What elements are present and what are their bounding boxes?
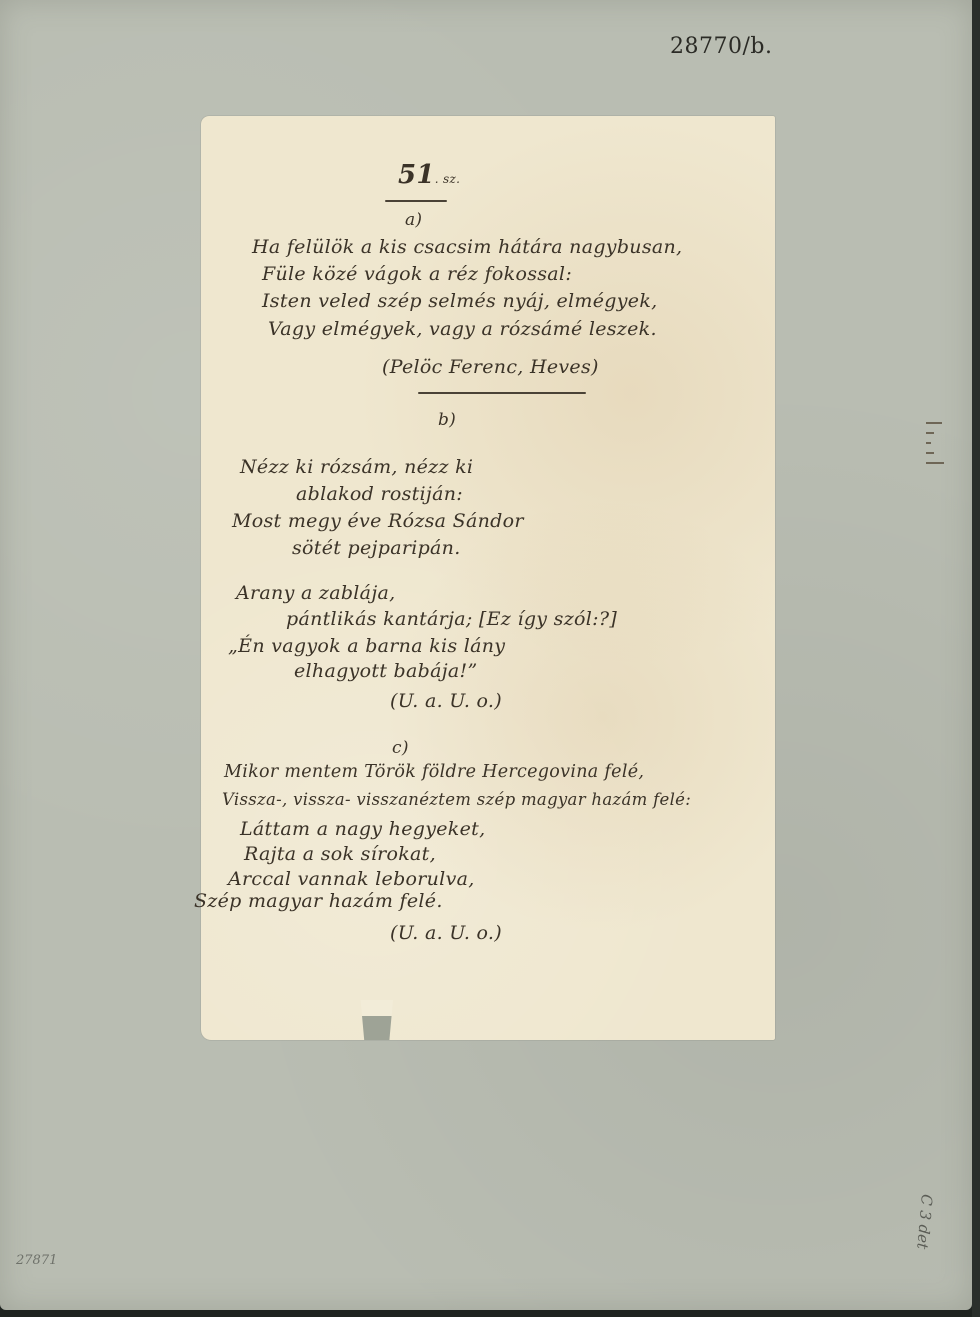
song-number: 51. sz. bbox=[398, 160, 460, 190]
heading-underline bbox=[385, 200, 447, 202]
section-c-line-2: Vissza-, vissza- visszanéztem szép magya… bbox=[222, 790, 691, 809]
section-b-line-2: ablakod rostiján: bbox=[296, 483, 463, 505]
section-b-line-5: Arany a zablája, bbox=[236, 582, 395, 604]
section-c-line-3: Láttam a nagy hegyeket, bbox=[240, 818, 485, 840]
song-number-value: 51 bbox=[398, 160, 435, 190]
section-a-label: a) bbox=[405, 210, 422, 230]
section-c-line-1: Mikor mentem Török földre Hercegovina fe… bbox=[224, 762, 644, 782]
archival-mount-board: 28770/b. 51. sz. a) Ha felülök a kis csa… bbox=[0, 0, 972, 1310]
section-c-line-6: Szép magyar hazám felé. bbox=[194, 890, 443, 912]
section-b-line-3: Most megy éve Rózsa Sándor bbox=[232, 510, 524, 532]
section-a-line-2: Füle közé vágok a réz fokossal: bbox=[262, 263, 572, 285]
section-a-source: (Pelöc Ferenc, Heves) bbox=[382, 356, 599, 378]
section-a-line-3: Isten veled szép selmés nyáj, elmégyek, bbox=[262, 290, 658, 312]
section-a-line-4: Vagy elmégyek, vagy a rózsámé leszek. bbox=[268, 318, 657, 340]
section-b-source: (U. a. U. o.) bbox=[390, 690, 502, 712]
song-number-suffix: . sz. bbox=[435, 172, 460, 186]
section-c-line-5: Arccal vannak leborulva, bbox=[228, 868, 475, 890]
board-right-edge bbox=[972, 0, 980, 1317]
margin-tick-marks bbox=[926, 422, 946, 472]
section-c-source: (U. a. U. o.) bbox=[390, 922, 502, 944]
section-b-line-8: elhagyott babája!” bbox=[294, 660, 477, 682]
inventory-number: 28770/b. bbox=[670, 34, 772, 59]
section-b-line-7: „Én vagyok a barna kis lány bbox=[228, 635, 505, 657]
bottom-left-pencil-note: 27871 bbox=[16, 1253, 57, 1268]
section-c-label: c) bbox=[392, 738, 409, 758]
section-b-line-4: sötét pejparipán. bbox=[292, 537, 461, 559]
section-b-label: b) bbox=[438, 410, 456, 430]
corner-pencil-note: C 3 det bbox=[913, 1193, 936, 1249]
section-a-divider bbox=[418, 392, 586, 394]
section-a-line-1: Ha felülök a kis csacsim hátára nagybusa… bbox=[252, 236, 682, 258]
section-b-line-6: pántlikás kantárja; [Ez így szól:?] bbox=[286, 608, 617, 630]
section-c-line-4: Rajta a sok sírokat, bbox=[244, 843, 436, 865]
section-b-line-1: Nézz ki rózsám, nézz ki bbox=[240, 456, 473, 478]
